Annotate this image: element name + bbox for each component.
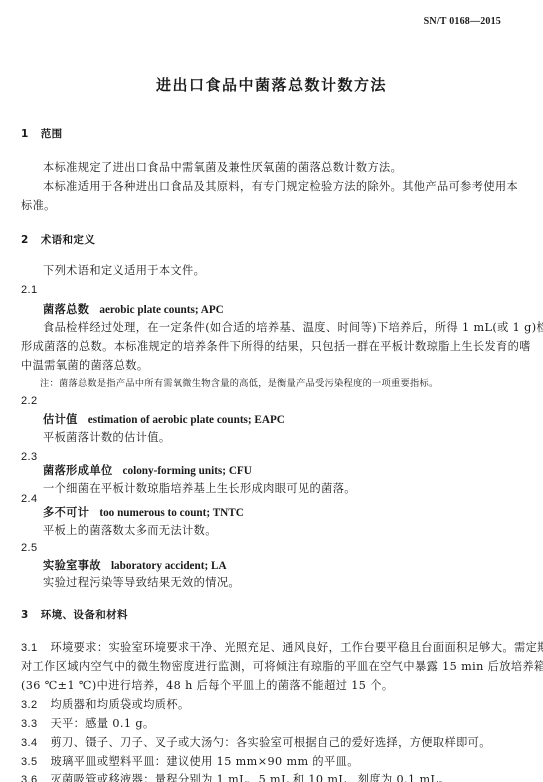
section-title: 环境、设备和材料 xyxy=(41,609,128,621)
term-zh: 菌落形成单位 xyxy=(43,464,113,477)
clause-number: 3.1 xyxy=(21,642,38,654)
section-number: 1 xyxy=(21,128,29,140)
clause-number: 2.1 xyxy=(21,283,38,297)
clause-text: 对工作区域内空气中的微生物密度进行监测，可将倾注有琼脂的平皿在空气中暴露 15 … xyxy=(21,660,543,674)
clause-3-4: 3.4剪刀、镊子、刀子、叉子或大汤勺：各实验室可根据自己的爱好选择，方便取样即可… xyxy=(21,736,491,750)
clause-3-6: 3.6灭菌吸管或移液器：量程分别为 1 mL、5 mL 和 10 mL，刻度为 … xyxy=(21,773,450,782)
term-definition: 实验过程污染等导致结果无效的情况。 xyxy=(43,576,240,590)
term-en: colony-forming units; CFU xyxy=(123,465,252,477)
term-definition: 中温需氧菌的菌落总数。 xyxy=(21,359,148,373)
term-zh: 菌落总数 xyxy=(43,303,89,316)
term-definition: 平板菌落计数的估计值。 xyxy=(43,431,170,445)
term-en: estimation of aerobic plate counts; EAPC xyxy=(88,414,285,426)
paragraph: 本标准规定了进出口食品中需氧菌及兼性厌氧菌的菌落总数计数方法。 xyxy=(43,161,402,175)
term-heading: 菌落总数aerobic plate counts; APC xyxy=(43,302,224,317)
section-number: 3 xyxy=(21,609,29,621)
term-heading: 实验室事故laboratory accident; LA xyxy=(43,558,227,573)
term-definition: 平板上的菌落数太多而无法计数。 xyxy=(43,524,217,538)
clause-number: 3.6 xyxy=(21,774,38,782)
term-en: laboratory accident; LA xyxy=(111,560,227,572)
paragraph: 本标准适用于各种进出口食品及其原料，有专门规定检验方法的除外。其他产品可参考使用… xyxy=(43,180,518,194)
clause-number: 3.2 xyxy=(21,699,38,711)
clause-text: (36 ℃±1 ℃)中进行培养，48 h 后每个平皿上的菌落不能超过 15 个。 xyxy=(21,679,393,693)
clause-number: 2.2 xyxy=(21,394,38,408)
clause-number: 3.3 xyxy=(21,718,38,730)
clause-number: 3.4 xyxy=(21,737,38,749)
term-heading: 多不可计too numerous to count; TNTC xyxy=(43,505,244,520)
term-en: aerobic plate counts; APC xyxy=(99,304,223,316)
clause-text: 灭菌吸管或移液器：量程分别为 1 mL、5 mL 和 10 mL，刻度为 0.1… xyxy=(51,773,450,782)
clause-3-5: 3.5玻璃平皿或塑料平皿：建议使用 15 mm×90 mm 的平皿。 xyxy=(21,755,359,769)
term-note: 注：菌落总数是指产品中所有需氧微生物含量的高低，是衡量产品受污染程度的一项重要指… xyxy=(40,377,438,391)
term-definition: 食品检样经过处理，在一定条件(如合适的培养基、温度、时间等)下培养后，所得 1 … xyxy=(43,321,543,335)
clause-number: 2.3 xyxy=(21,450,38,464)
section-2-heading: 2术语和定义 xyxy=(21,233,95,247)
clause-text: 玻璃平皿或塑料平皿：建议使用 15 mm×90 mm 的平皿。 xyxy=(51,755,359,768)
clause-number: 2.5 xyxy=(21,541,38,555)
clause-text: 剪刀、镊子、刀子、叉子或大汤勺：各实验室可根据自己的爱好选择，方便取样即可。 xyxy=(51,736,491,749)
section-intro: 下列术语和定义适用于本文件。 xyxy=(43,264,205,278)
clause-3-3: 3.3天平：感量 0.1 g。 xyxy=(21,717,155,731)
term-heading: 菌落形成单位colony-forming units; CFU xyxy=(43,463,252,478)
clause-text: 环境要求：实验室环境要求干净、光照充足、通风良好，工作台要平稳且台面面积足够大。… xyxy=(51,641,543,654)
section-title: 范围 xyxy=(41,128,63,140)
section-title: 术语和定义 xyxy=(41,234,96,246)
clause-3-1: 3.1环境要求：实验室环境要求干净、光照充足、通风良好，工作台要平稳且台面面积足… xyxy=(21,641,543,655)
term-heading: 估计值estimation of aerobic plate counts; E… xyxy=(43,412,285,427)
paragraph-continuation: 标准。 xyxy=(21,199,56,213)
clause-3-2: 3.2均质器和均质袋或均质杯。 xyxy=(21,698,190,712)
standard-code: SN/T 0168—2015 xyxy=(424,16,501,27)
term-zh: 多不可计 xyxy=(43,506,89,519)
section-number: 2 xyxy=(21,234,29,246)
clause-number: 3.5 xyxy=(21,756,38,768)
term-definition: 一个细菌在平板计数琼脂培养基上生长形成肉眼可见的菌落。 xyxy=(43,482,356,496)
clause-number: 2.4 xyxy=(21,492,38,506)
term-zh: 估计值 xyxy=(43,413,78,426)
section-1-heading: 1范围 xyxy=(21,127,63,141)
document-title: 进出口食品中菌落总数计数方法 xyxy=(0,74,543,95)
clause-text: 天平：感量 0.1 g。 xyxy=(51,717,155,730)
term-en: too numerous to count; TNTC xyxy=(99,507,243,519)
term-definition: 形成菌落的总数。本标准规定的培养条件下所得的结果，只包括一群在平板计数琼脂上生长… xyxy=(21,340,531,354)
section-3-heading: 3环境、设备和材料 xyxy=(21,608,128,622)
clause-text: 均质器和均质袋或均质杯。 xyxy=(51,698,190,711)
term-zh: 实验室事故 xyxy=(43,559,101,572)
